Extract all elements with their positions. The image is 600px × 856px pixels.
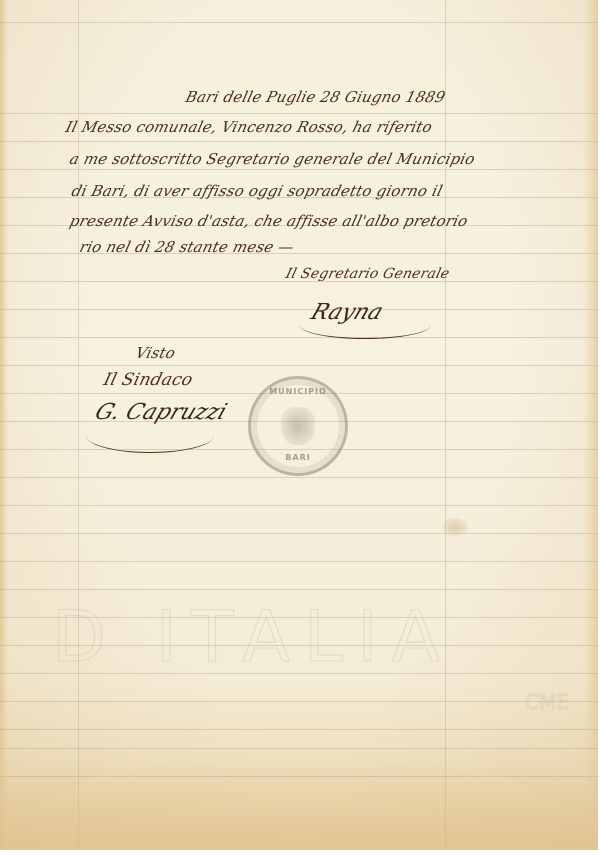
body-line-1: Il Messo comunale, Vincenzo Rosso, ha ri… — [64, 118, 434, 136]
signature-flourish — [86, 418, 214, 453]
watermark-corner: CME — [525, 690, 569, 714]
right-margin-line — [445, 0, 446, 850]
ruled-line — [0, 589, 598, 590]
ruled-line — [0, 533, 598, 534]
ruled-line — [0, 748, 598, 749]
ruled-line — [0, 309, 598, 310]
ruled-line — [0, 365, 598, 366]
coat-of-arms-icon — [281, 407, 315, 445]
body-line-5: rio nel dì 28 stante mese — — [78, 238, 296, 256]
ruled-line — [0, 113, 598, 114]
mayor-title: Il Sindaco — [102, 370, 195, 390]
document-page: D ITALIA CME Bari delle Puglie 28 Giugno… — [0, 0, 598, 850]
ruled-line — [0, 776, 598, 777]
ruled-line — [0, 505, 598, 506]
municipal-stamp: MUNICIPIO BARI — [248, 376, 348, 476]
ruled-line — [0, 729, 598, 730]
ruled-line — [0, 22, 598, 23]
paper-edge-left — [0, 0, 8, 850]
body-line-3: di Bari, di aver affisso oggi sopradetto… — [70, 182, 445, 200]
ruled-line — [0, 141, 598, 142]
date-line: Bari delle Puglie 28 Giugno 1889 — [184, 88, 447, 106]
ruled-line — [0, 337, 598, 338]
ruled-line — [0, 169, 598, 170]
paper-edge-right — [584, 0, 598, 850]
ruled-line — [0, 477, 598, 478]
body-line-4: presente Avviso d'asta, che affisse all'… — [68, 212, 470, 230]
secretary-title: Il Segretario Generale — [284, 266, 451, 282]
ruled-line — [0, 561, 598, 562]
stamp-top-text: MUNICIPIO — [251, 387, 345, 396]
stamp-bottom-text: BARI — [251, 453, 345, 462]
signature-flourish — [300, 312, 430, 339]
watermark: D ITALIA — [52, 596, 454, 678]
ruled-line — [0, 701, 598, 702]
paper-stain — [442, 518, 468, 536]
body-line-2: a me sottoscritto Segretario generale de… — [68, 150, 477, 168]
visto-label: Visto — [134, 344, 178, 362]
